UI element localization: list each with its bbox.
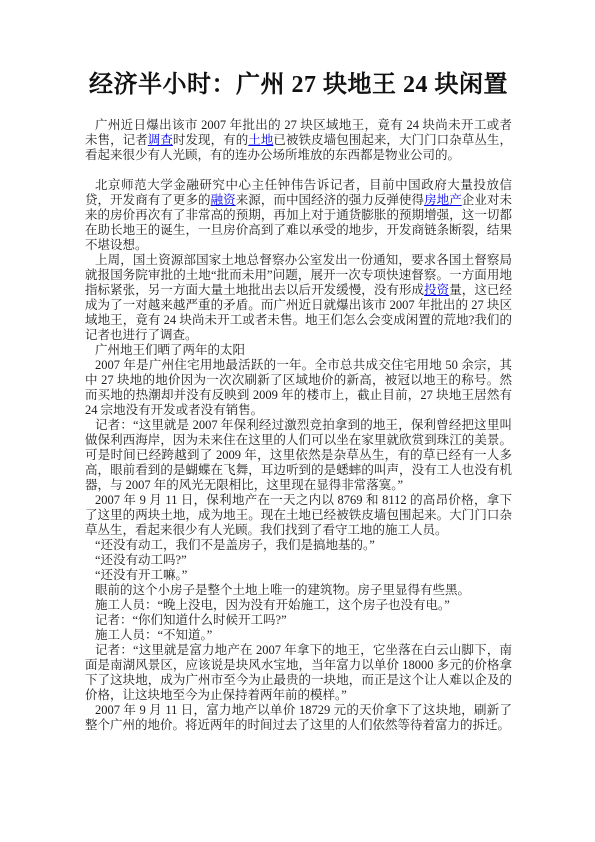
- paragraph: 记者：“这里就是富力地产在 2007 年拿下的地王，它坐落在白云山脚下，南面是南…: [85, 643, 512, 703]
- text-run: 2007 年 9 月 11 日，富力地产以单价 18729 元的天价拿下了这块地…: [85, 703, 512, 732]
- text-run: 2007 年 9 月 11 日，保利地产在一天之内以 8769 和 8112 的…: [85, 493, 512, 537]
- paragraph: 眼前的这个小房子是整个土地上唯一的建筑物。房子里显得有些黑。: [85, 583, 512, 598]
- paragraph: 记者：“你们知道什么时候开工吗?”: [85, 613, 512, 628]
- text-run: 广州地王们晒了两年的太阳: [95, 343, 245, 357]
- text-run: 眼前的这个小房子是整个土地上唯一的建筑物。房子里显得有些黑。: [95, 583, 470, 597]
- section-heading: 广州地王们晒了两年的太阳: [85, 343, 512, 358]
- paragraph: 施工人员：“不知道。”: [85, 628, 512, 643]
- paragraph: 2007 年是广州住宅用地最活跃的一年。全市总共成交住宅用地 50 余宗，其中 …: [85, 358, 512, 418]
- inline-link[interactable]: 融资: [211, 193, 236, 207]
- text-run: 来源，而中国经济的强力反弹使得: [236, 193, 424, 207]
- text-run: 2007 年是广州住宅用地最活跃的一年。全市总共成交住宅用地 50 余宗，其中 …: [85, 358, 512, 417]
- article-content: 经济半小时：广州 27 块地王 24 块闲置 广州近日爆出该市 2007 年批出…: [85, 62, 512, 733]
- inline-link[interactable]: 调查: [148, 133, 173, 147]
- paragraph: 记者：“这里就是 2007 年保利经过激烈竞拍拿到的地王，保利曾经把这里叫做保利…: [85, 418, 512, 493]
- text-run: 施工人员：“不知道。”: [95, 628, 212, 642]
- text-run: 施工人员：“晚上没电，因为没有开始施工，这个房子也没有电。”: [95, 598, 450, 612]
- paragraph: 2007 年 9 月 11 日，保利地产在一天之内以 8769 和 8112 的…: [85, 493, 512, 538]
- text-run: 记者：“这里就是 2007 年保利经过激烈竞拍拿到的地王，保利曾经把这里叫做保利…: [85, 418, 512, 492]
- text-run: “还没有动工，我们不是盖房子，我们是搞地基的。”: [95, 538, 375, 552]
- text-run: 记者：“你们知道什么时候开工吗?”: [95, 613, 287, 627]
- paragraph: 2007 年 9 月 11 日，富力地产以单价 18729 元的天价拿下了这块地…: [85, 703, 512, 733]
- article-body: 广州近日爆出该市 2007 年批出的 27 块区域地王，竟有 24 块尚未开工或…: [85, 118, 512, 733]
- document-page: 经济半小时：广州 27 块地王 24 块闲置 广州近日爆出该市 2007 年批出…: [0, 0, 595, 842]
- paragraph: 广州近日爆出该市 2007 年批出的 27 块区域地王，竟有 24 块尚未开工或…: [85, 118, 512, 163]
- text-run: 时发现，有的: [173, 133, 248, 147]
- paragraph: 北京师范大学金融研究中心主任钟伟告诉记者，目前中国政府大量投放信贷，开发商有了更…: [85, 178, 512, 253]
- paragraph: 施工人员：“晚上没电，因为没有开始施工，这个房子也没有电。”: [85, 598, 512, 613]
- paragraph: “还没有动工，我们不是盖房子，我们是搞地基的。”: [85, 538, 512, 553]
- paragraph: “还没有开工嘛。”: [85, 568, 512, 583]
- paragraph: 上周，国土资源部国家土地总督察办公室发出一份通知，要求各国土督察局就报国务院审批…: [85, 253, 512, 343]
- text-run: “还没有开工嘛。”: [95, 568, 187, 582]
- paragraph: “还没有动工吗?”: [85, 553, 512, 568]
- text-run: 记者：“这里就是富力地产在 2007 年拿下的地王，它坐落在白云山脚下，南面是南…: [85, 643, 512, 702]
- article-title: 经济半小时：广州 27 块地王 24 块闲置: [85, 70, 512, 100]
- inline-link[interactable]: 房地产: [424, 193, 462, 207]
- inline-link[interactable]: 土地: [248, 133, 273, 147]
- text-run: “还没有动工吗?”: [95, 553, 187, 567]
- inline-link[interactable]: 投资: [424, 283, 449, 297]
